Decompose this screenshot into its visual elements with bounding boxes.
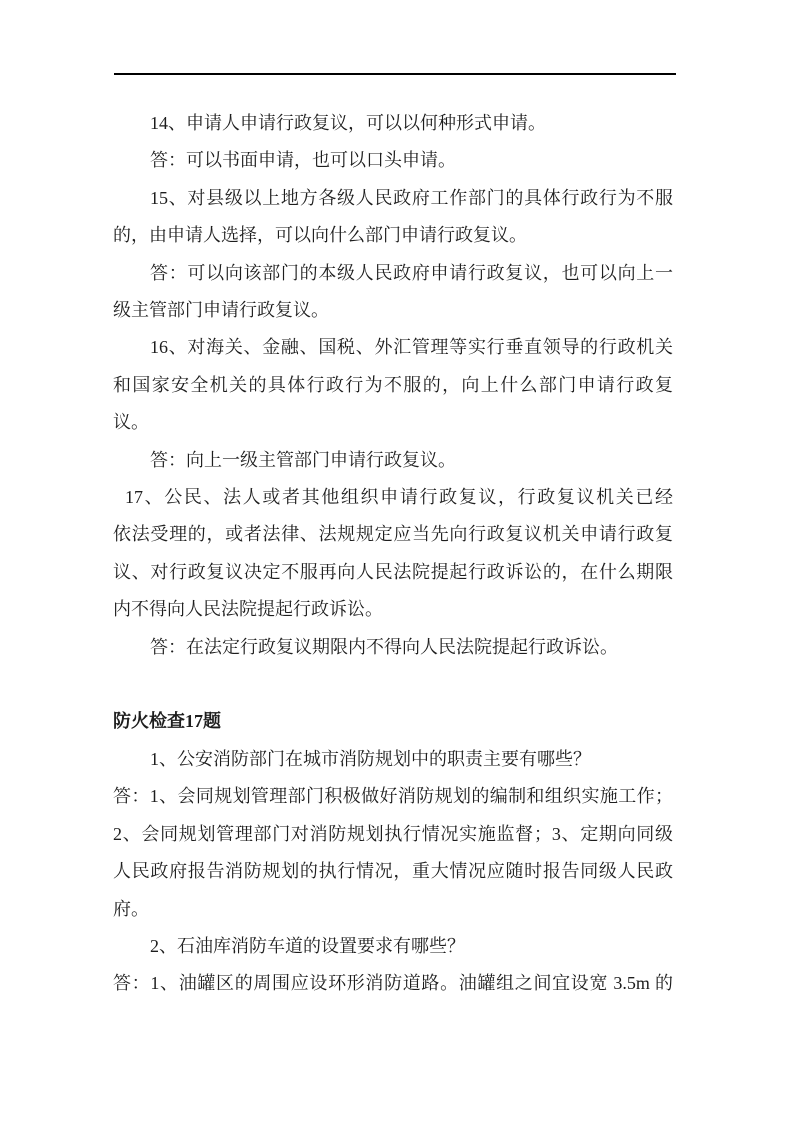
text-line: 1、公安消防部门在城市消防规划中的职责主要有哪些？: [113, 741, 673, 778]
section-administrative-reconsideration: 14、申请人申请行政复议，可以以何种形式申请。 答：可以书面申请，也可以口头申请…: [113, 105, 673, 666]
text-line: 议。: [113, 404, 673, 441]
text-line: 2、会同规划管理部门对消防规划执行情况实施监督；3、定期向同级: [113, 816, 673, 853]
question-paragraph: 16、对海关、金融、国税、外汇管理等实行垂直领导的行政机关 和国家安全机关的具体…: [113, 329, 673, 441]
text-line: 答：在法定行政复议期限内不得向人民法院提起行政诉讼。: [113, 629, 673, 666]
text-line: 答：1、会同规划管理部门积极做好消防规划的编制和组织实施工作；: [113, 778, 673, 815]
text-line: 内不得向人民法院提起行政诉讼。: [113, 591, 673, 628]
text-line: 议、对行政复议决定不服再向人民法院提起行政诉讼的，在什么期限: [113, 554, 673, 591]
answer-paragraph: 答：在法定行政复议期限内不得向人民法院提起行政诉讼。: [113, 629, 673, 666]
section-heading-paragraph: 防火检查17题: [113, 703, 673, 740]
answer-paragraph: 答：1、会同规划管理部门积极做好消防规划的编制和组织实施工作； 2、会同规划管理…: [113, 778, 673, 928]
section-heading: 防火检查17题: [113, 703, 673, 740]
text-line: 答：向上一级主管部门申请行政复议。: [113, 442, 673, 479]
document-content: 14、申请人申请行政复议，可以以何种形式申请。 答：可以书面申请，也可以口头申请…: [113, 105, 673, 1003]
text-line: 15、对县级以上地方各级人民政府工作部门的具体行政行为不服: [113, 180, 673, 217]
question-paragraph: 2、石油库消防车道的设置要求有哪些？: [113, 928, 673, 965]
text-line: 16、对海关、金融、国税、外汇管理等实行垂直领导的行政机关: [113, 329, 673, 366]
text-line: 人民政府报告消防规划的执行情况，重大情况应随时报告同级人民政: [113, 853, 673, 890]
document-page: 14、申请人申请行政复议，可以以何种形式申请。 答：可以书面申请，也可以口头申请…: [0, 0, 793, 1122]
text-line: 级主管部门申请行政复议。: [113, 292, 673, 329]
text-line: 14、申请人申请行政复议，可以以何种形式申请。: [113, 105, 673, 142]
question-paragraph: 14、申请人申请行政复议，可以以何种形式申请。: [113, 105, 673, 142]
text-line: 答：可以书面申请，也可以口头申请。: [113, 142, 673, 179]
question-paragraph: 1、公安消防部门在城市消防规划中的职责主要有哪些？: [113, 741, 673, 778]
question-paragraph: 17、公民、法人或者其他组织申请行政复议，行政复议机关已经 依法受理的，或者法律…: [113, 479, 673, 629]
text-line: 2、石油库消防车道的设置要求有哪些？: [113, 928, 673, 965]
text-line: 府。: [113, 891, 673, 928]
header-rule: [114, 73, 676, 75]
answer-paragraph: 答：向上一级主管部门申请行政复议。: [113, 442, 673, 479]
section-fire-inspection: 防火检查17题 1、公安消防部门在城市消防规划中的职责主要有哪些？ 答：1、会同…: [113, 703, 673, 1002]
text-line: 17、公民、法人或者其他组织申请行政复议，行政复议机关已经: [113, 479, 673, 516]
question-paragraph: 15、对县级以上地方各级人民政府工作部门的具体行政行为不服 的，由申请人选择，可…: [113, 180, 673, 255]
answer-paragraph: 答：可以向该部门的本级人民政府申请行政复议，也可以向上一 级主管部门申请行政复议…: [113, 255, 673, 330]
text-line: 依法受理的，或者法律、法规规定应当先向行政复议机关申请行政复: [113, 516, 673, 553]
answer-paragraph: 答：1、油罐区的周围应设环形消防道路。油罐组之间宜设宽 3.5m 的: [113, 965, 673, 1002]
text-line: 和国家安全机关的具体行政行为不服的，向上什么部门申请行政复: [113, 367, 673, 404]
text-line: 的，由申请人选择，可以向什么部门申请行政复议。: [113, 217, 673, 254]
text-line: 答：可以向该部门的本级人民政府申请行政复议，也可以向上一: [113, 255, 673, 292]
text-line: 答：1、油罐区的周围应设环形消防道路。油罐组之间宜设宽 3.5m 的: [113, 965, 673, 1002]
answer-paragraph: 答：可以书面申请，也可以口头申请。: [113, 142, 673, 179]
